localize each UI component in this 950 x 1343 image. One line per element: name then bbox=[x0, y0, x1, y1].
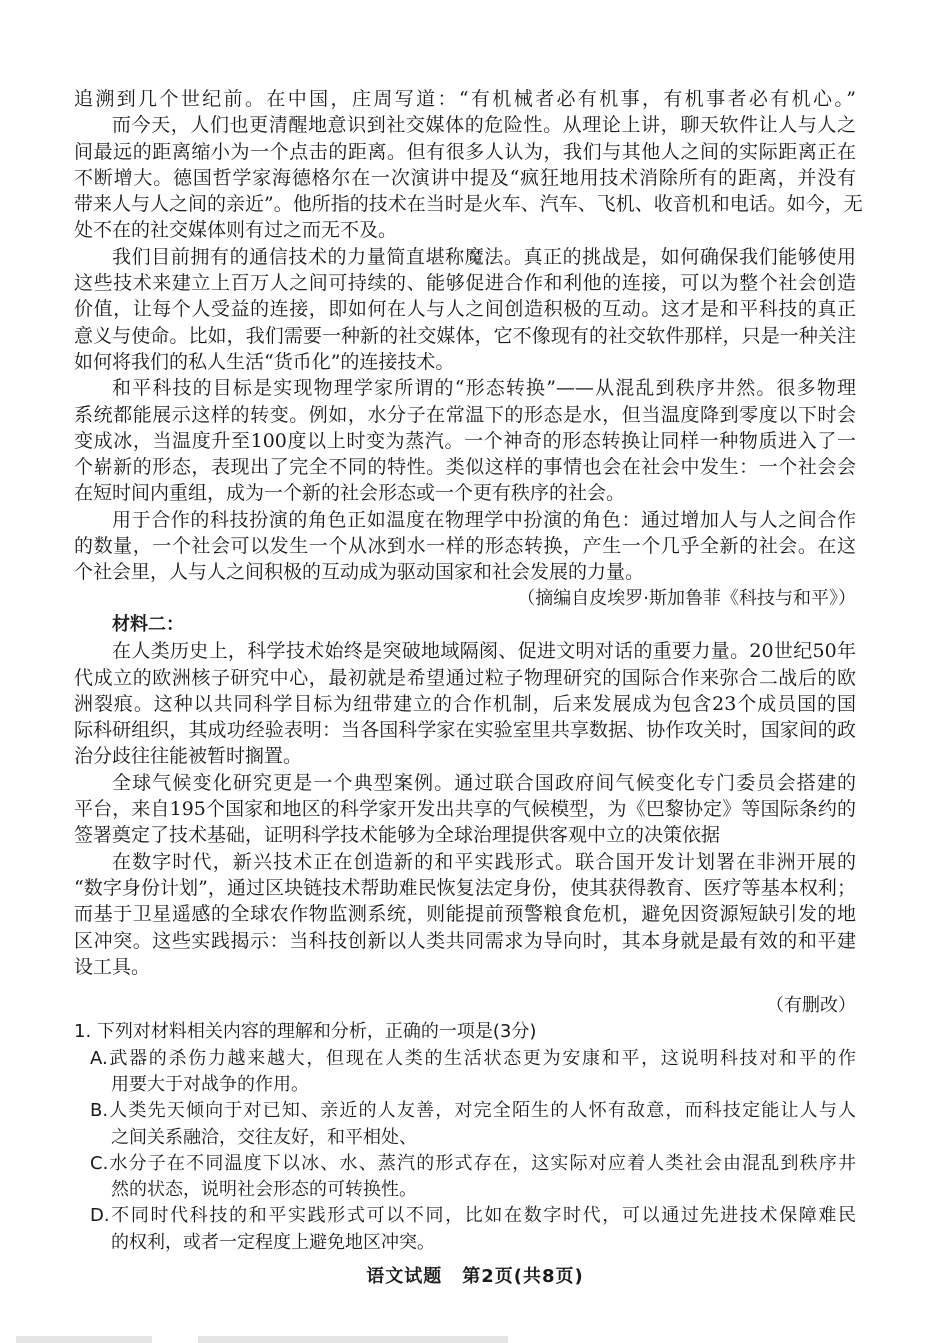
option-text: 水分子在不同温度下以冰、水、蒸汽的形式存在，这实际对应着人类社会由混乱到秩序井 bbox=[108, 1153, 856, 1174]
paragraph-start: 用于合作的科技扮演的角色正如温度在物理学中扮演的角色：通过增加人与人之间合作 bbox=[74, 507, 856, 533]
text-line: 个社会里，人与人之间积极的互动成为驱动国家和社会发展的力量。 bbox=[74, 559, 856, 585]
footer-subject: 语文试题 bbox=[366, 1266, 442, 1287]
paragraph-start: 在数字时代，新兴技术正在创造新的和平实践形式。联合国开发计划署在非洲开展的 bbox=[74, 849, 856, 875]
paragraph-start: 而今天，人们也更清醒地意识到社交媒体的危险性。从理论上讲，聊天软件让人与人之 bbox=[74, 112, 856, 138]
text-line: 不断增大。德国哲学家海德格尔在一次演讲中提及“疯狂地用技术消除所有的距离，并没有 bbox=[74, 165, 856, 191]
page-footer: 语文试题第2页(共8页) bbox=[0, 1262, 950, 1288]
option-c-continued: 然的状态，说明社会形态的可转换性。 bbox=[74, 1177, 856, 1203]
text-line: 的数量，一个社会可以发生一个从冰到水一样的形态转换，产生一个几乎全新的社会。在这 bbox=[74, 533, 856, 559]
option-c: C.水分子在不同温度下以冰、水、蒸汽的形式存在，这实际对应着人类社会由混乱到秩序… bbox=[74, 1151, 856, 1177]
text-line: “数字身份计划”，通过区块链技术帮助难民恢复法定身份，使其获得教育、医疗等基本权… bbox=[74, 875, 856, 901]
paragraph-start: 全球气候变化研究更是一个典型案例。通过联合国政府间气候变化专门委员会搭建的 bbox=[74, 770, 856, 796]
paragraph-start: 和平科技的目标是实现物理学家所谓的“形态转换”——从混乱到秩序井然。很多物理 bbox=[74, 375, 856, 401]
text-line: 这些技术来建立上百万人之间可持续的、能够促进合作和利他的连接，可以为整个社会创造 bbox=[74, 270, 856, 296]
scan-edge-right bbox=[198, 1336, 508, 1343]
scan-edge-left bbox=[16, 1336, 152, 1343]
text-line: 价值，让每个人受益的连接，即如何在人与人之间创造积极的互动。这才是和平科技的真正 bbox=[74, 296, 856, 322]
paragraph-start: 我们目前拥有的通信技术的力量简直堪称魔法。真正的挑战是，如何确保我们能够使用 bbox=[74, 244, 856, 270]
edit-note: （有删改） bbox=[74, 993, 856, 1019]
text-line: 变成冰，当温度升至100度以上时变为蒸汽。一个神奇的形态转换让同样一种物质进入了… bbox=[74, 428, 856, 454]
text-line: 如何将我们的私人生活“货币化”的连接技术。 bbox=[74, 349, 856, 375]
text-line: 而基于卫星遥感的全球农作物监测系统，则能提前预警粮食危机，避免因资源短缺引发的地 bbox=[74, 901, 856, 927]
question-stem: 1. 下列对材料相关内容的理解和分析，正确的一项是(3分) bbox=[74, 1019, 856, 1045]
text-line: 追溯到几个世纪前。在中国，庄周写道：“有机械者必有机事，有机事者必有机心。” bbox=[74, 86, 856, 112]
text-line: 个崭新的形态，表现出了完全不同的特性。类似这样的事情也会在社会中发生：一个社会会 bbox=[74, 454, 856, 480]
paragraph-start: 在人类历史上，科学技术始终是突破地域隔阂、促进文明对话的重要力量。20世纪50年 bbox=[74, 638, 856, 664]
option-a: A.武器的杀伤力越来越大，但现在人类的生活状态更为安康和平，这说明科技对和平的作 bbox=[74, 1046, 856, 1072]
text-line: 区冲突。这些实践揭示：当科技创新以人类共同需求为导向时，其本身就是最有效的和平建 bbox=[74, 928, 856, 954]
text-line: 设工具。 bbox=[74, 954, 856, 980]
text-line: 意义与使命。比如，我们需要一种新的社交媒体，它不像现有的社交软件那样，只是一种关… bbox=[74, 323, 856, 349]
option-text: 武器的杀伤力越来越大，但现在人类的生活状态更为安康和平，这说明科技对和平的作 bbox=[108, 1048, 856, 1069]
spacer bbox=[74, 980, 856, 993]
text-line: 际科研组织，其成功经验表明：当各国科学家在实验室里共享数据、协作攻关时，国家间的… bbox=[74, 717, 856, 743]
option-letter: A. bbox=[90, 1048, 108, 1069]
text-line: 平台，来自195个国家和地区的科学家开发出共享的气候模型，为《巴黎协定》等国际条… bbox=[74, 796, 856, 822]
option-letter: B. bbox=[90, 1100, 108, 1121]
text-line: 在短时间内重组，成为一个新的社会形态或一个更有秩序的社会。 bbox=[74, 480, 856, 506]
text-line: 间最远的距离缩小为一个点击的距离。但有很多人认为，我们与其他人之间的实际距离正在 bbox=[74, 139, 856, 165]
material-two-heading: 材料二： bbox=[74, 612, 856, 638]
option-d-continued: 的权利，或者一定程度上避免地区冲突。 bbox=[74, 1230, 856, 1256]
option-b: B.人类先天倾向于对已知、亲近的人友善，对完全陌生的人怀有敌意，而科技定能让人与… bbox=[74, 1098, 856, 1124]
option-letter: D. bbox=[90, 1205, 110, 1226]
text-line: 处不在的社交媒体则有过之而无不及。 bbox=[74, 217, 856, 243]
footer-page-number: 第2页(共8页) bbox=[462, 1266, 584, 1287]
option-b-continued: 之间关系融洽，交往友好，和平相处、 bbox=[74, 1125, 856, 1151]
option-text: 人类先天倾向于对已知、亲近的人友善，对完全陌生的人怀有敌意，而科技定能让人与人 bbox=[108, 1100, 856, 1121]
option-letter: C. bbox=[90, 1153, 108, 1174]
text-line: 代成立的欧洲核子研究中心，最初就是希望通过粒子物理研究的国际合作来弥合二战后的欧 bbox=[74, 665, 856, 691]
text-line: 治分歧往往能被暂时搁置。 bbox=[74, 743, 856, 769]
option-d: D.不同时代科技的和平实践形式可以不同，比如在数字时代，可以通过先进技术保障难民 bbox=[74, 1203, 856, 1229]
text-line: 洲裂痕。这种以共同科学目标为纽带建立的合作机制，后来发展成为包含23个成员国的国 bbox=[74, 691, 856, 717]
option-text: 不同时代科技的和平实践形式可以不同，比如在数字时代，可以通过先进技术保障难民 bbox=[110, 1205, 856, 1226]
exam-page-body: 追溯到几个世纪前。在中国，庄周写道：“有机械者必有机事，有机事者必有机心。” 而… bbox=[74, 86, 856, 1256]
option-a-continued: 用要大于对战争的作用。 bbox=[74, 1072, 856, 1098]
text-line: 带来人与人之间的亲近”。他所指的技术在当时是火车、汽车、飞机、收音机和电话。如今… bbox=[74, 191, 856, 217]
source-citation: （摘编自皮埃罗·斯加鲁菲《科技与和平》） bbox=[74, 586, 856, 612]
text-line: 签署奠定了技术基础，证明科学技术能够为全球治理提供客观中立的决策依据 bbox=[74, 822, 856, 848]
text-line: 系统都能展示这样的转变。例如，水分子在常温下的形态是水，但当温度降到零度以下时会 bbox=[74, 402, 856, 428]
